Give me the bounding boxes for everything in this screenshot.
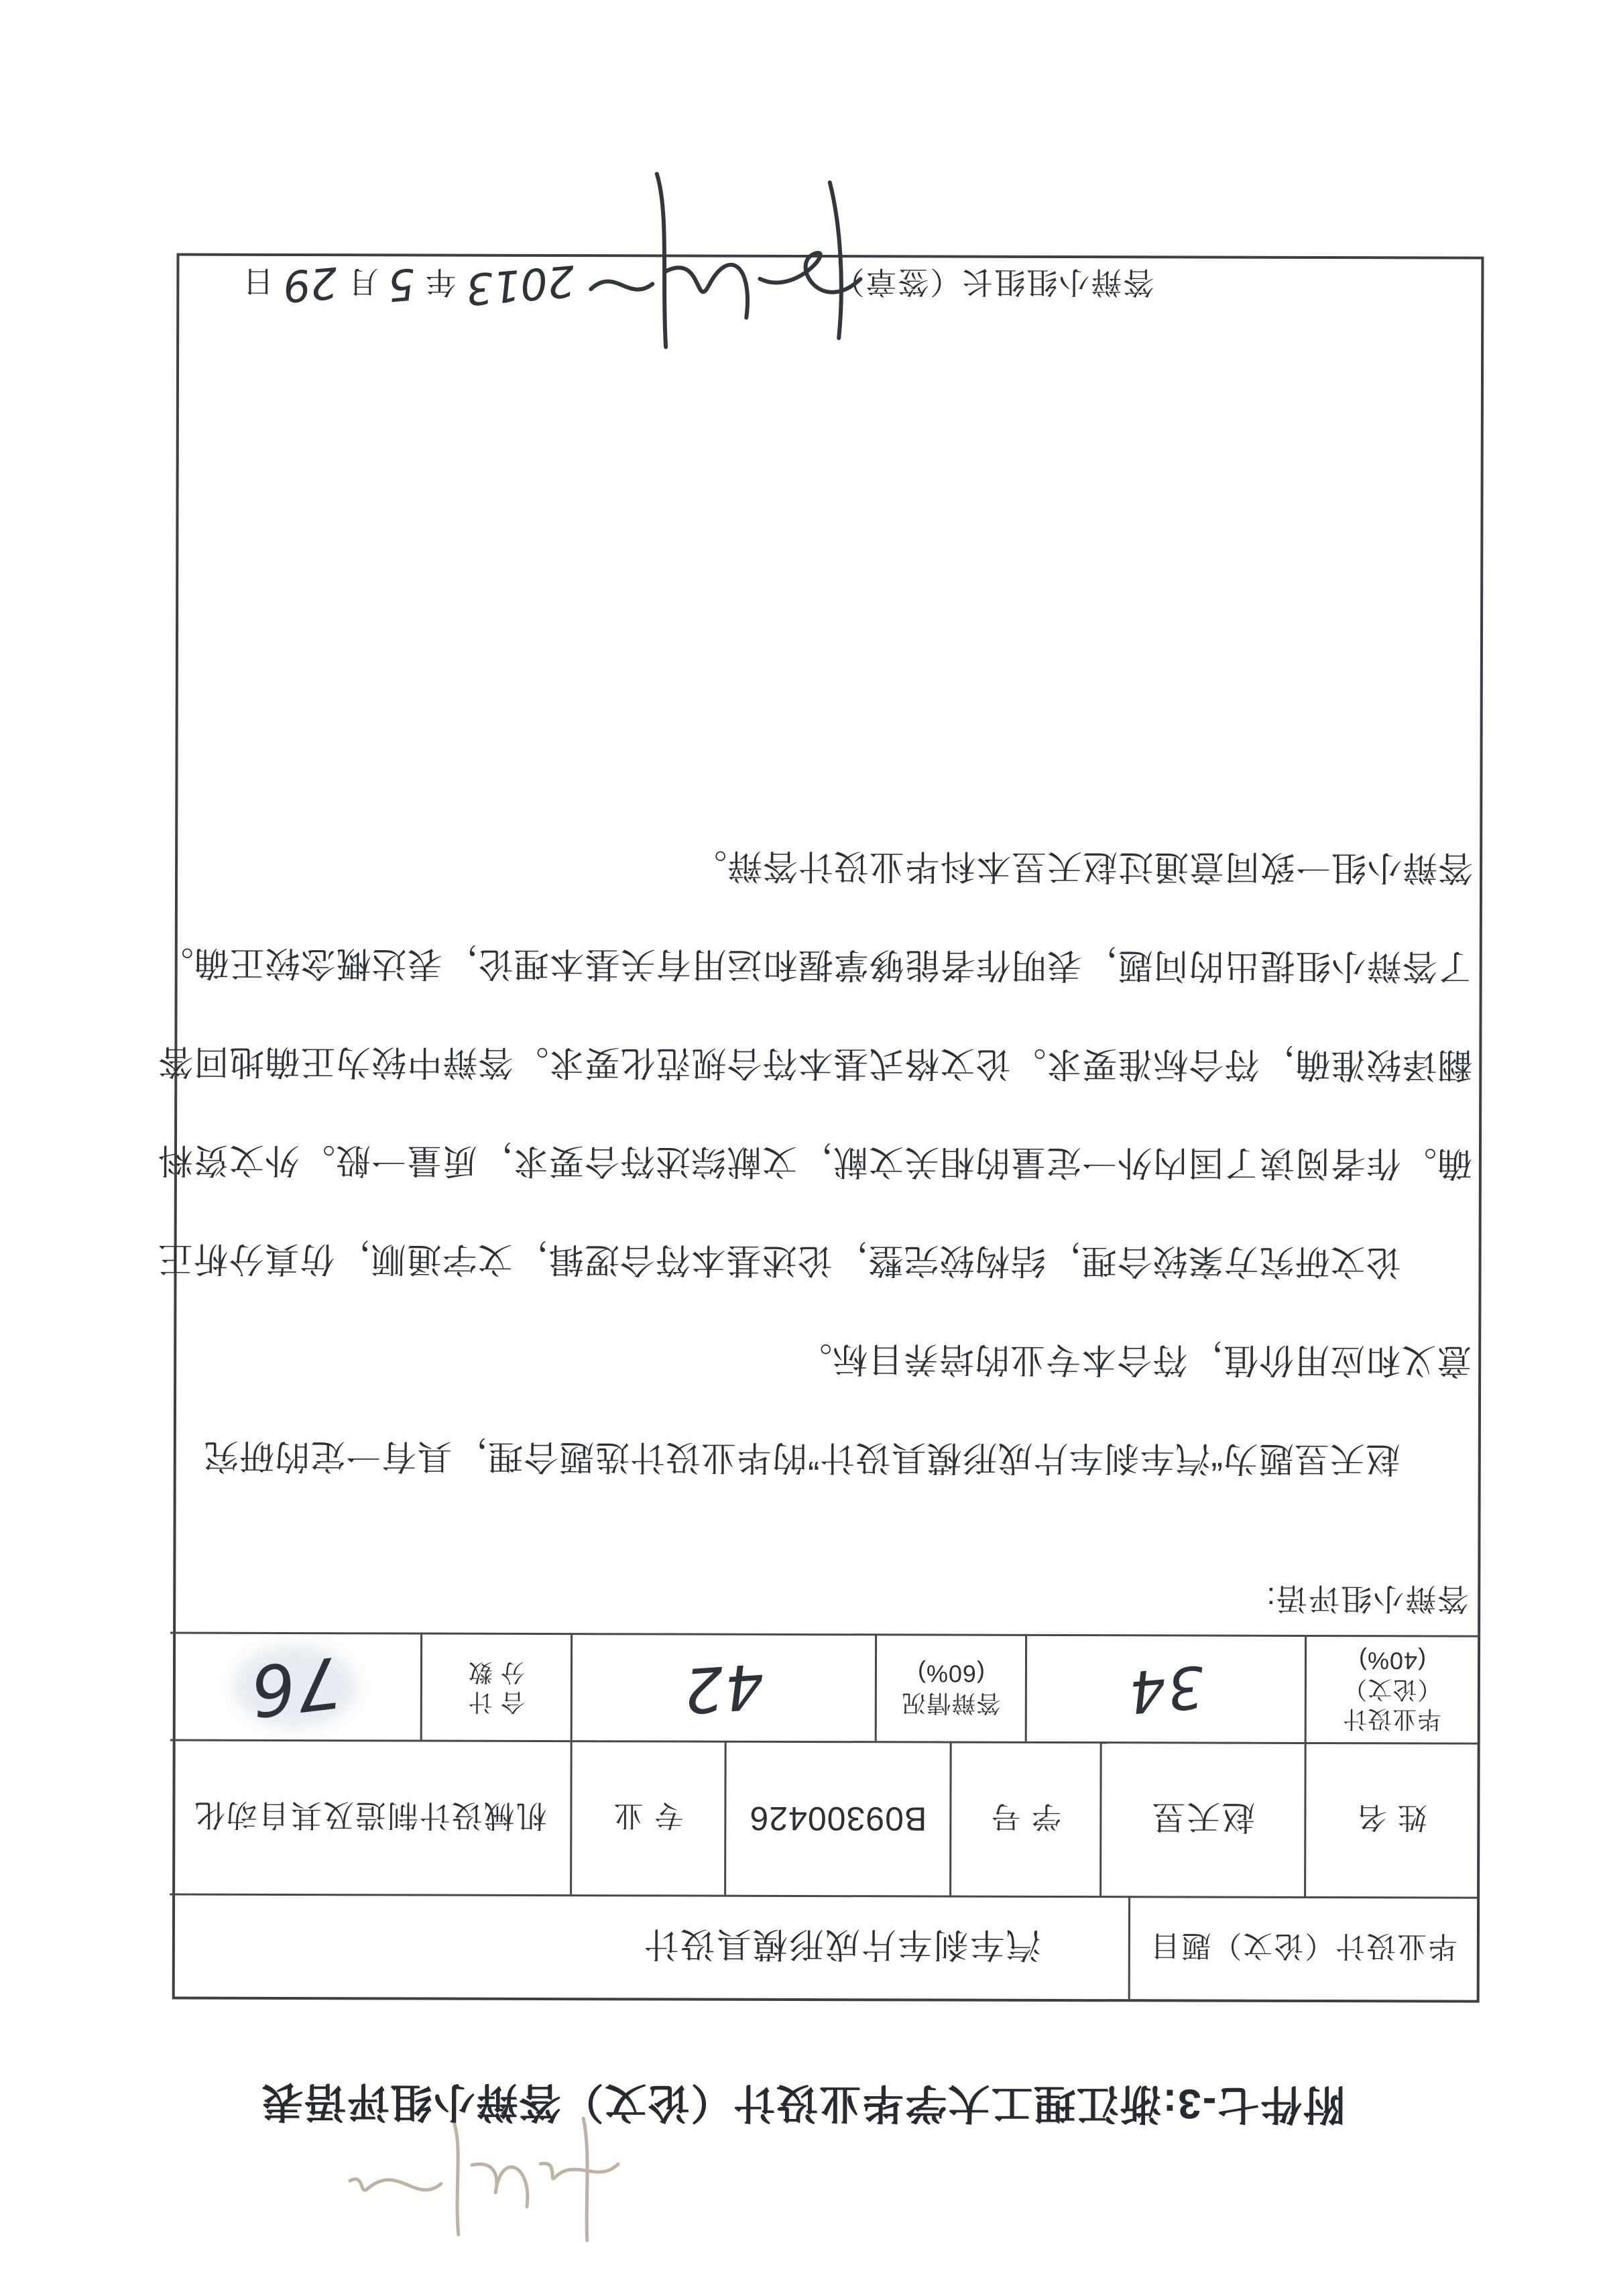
thesis-score-value-cell: 34	[1025, 1634, 1305, 1742]
year-label: 年	[424, 262, 456, 306]
major-value: 机械设计制造及其自动化	[170, 1739, 571, 1895]
comment-line-6: 了答辩小组提出的问题，表明作者能够掌握和运用有关基本理论，表达概念较正确。	[175, 941, 1473, 995]
thesis-score-label-cell: 毕业设计 （论文） (40%)	[1305, 1635, 1478, 1743]
name-label-cell: 姓 名	[1304, 1742, 1478, 1897]
thesis-score-label-line1: 毕业设计	[1342, 1707, 1441, 1732]
defense-score-label-line1: 答辩情况	[901, 1690, 1000, 1716]
day-label: 日	[242, 262, 274, 306]
handwritten-defense-score: 42	[680, 1650, 766, 1727]
comment-heading: 答辩小组评语:	[1265, 1578, 1468, 1623]
thesis-title-label-cell: 毕业设计（论文）题目	[1128, 1896, 1477, 2000]
total-score-label-cell: 合 计 分 数	[420, 1633, 571, 1741]
upside-down-scan-wrapper: 附件七-3:浙江理工大学毕业设计（论文）答辩小组评语表 毕业设计（论文）题目 汽…	[0, 0, 1609, 2296]
handwritten-total-score: 76	[245, 1641, 345, 1733]
comment-line-3: 论文研究方案较合理，结构较完整，论述基本符合逻辑，文字通顺，仿真分析正	[103, 1237, 1472, 1290]
defense-score-label-line2: (60%)	[901, 1661, 1000, 1686]
handwritten-day: 29	[281, 257, 339, 311]
thesis-score-label-line3: (40%)	[1342, 1648, 1441, 1673]
month-label: 月	[347, 262, 379, 306]
evaluation-form-table: 毕业设计（论文）题目 汽车刹车片成形模具设计 姓 名 赵天昱 学 号 B0930…	[172, 253, 1484, 2003]
thesis-score-label-line2: （论文）	[1342, 1677, 1441, 1703]
defense-date: 2013 年 5 月 29 日	[242, 259, 575, 309]
document-title: 附件七-3:浙江理工大学毕业设计（论文）答辩小组评语表	[260, 2075, 1345, 2138]
total-score-label-line2: 分 数	[468, 1660, 525, 1685]
thesis-title-value-cell: 汽车刹车片成形模具设计	[170, 1894, 1128, 2000]
comment-line-2: 意义和应用价值，符合本专业的培养目标。	[174, 1336, 1472, 1389]
handwritten-year: 2013	[464, 255, 577, 314]
handwritten-thesis-score: 34	[1125, 1652, 1206, 1725]
chairman-signature-scribble	[583, 170, 878, 365]
defense-score-value-cell: 42	[571, 1633, 875, 1741]
major-label-cell: 专 业	[570, 1740, 725, 1895]
chairman-signature-label: 答辩小组组长（签章）	[832, 262, 1154, 306]
committee-comment-cell: 答辩小组评语: 赵天昱题为“汽车刹车片成形模具设计”的毕业设计选题合理，具有一定…	[170, 251, 1481, 1635]
comment-line-1: 赵天昱题为“汽车刹车片成形模具设计”的毕业设计选题合理，具有一定的研究	[103, 1434, 1472, 1487]
student-id-label-cell: 学 号	[949, 1741, 1100, 1896]
comment-line-5: 翻译较准确，符合标准要求。论文格式基本符合规范化要求。答辩中较为正确地回答	[174, 1040, 1472, 1094]
total-score-value-cell: 76	[170, 1632, 420, 1740]
comment-line-4: 确。作者阅读了国内外一定量的相关文献，文献综述符合要求，质量一般。外文资料	[174, 1139, 1472, 1192]
handwritten-month: 5	[386, 258, 418, 310]
comment-line-7: 答辩小组一致同意通过赵天昱本科毕业设计答辩。	[175, 843, 1473, 897]
defense-score-label-cell: 答辩情况 (60%)	[875, 1633, 1025, 1741]
student-id-value: B09300426	[724, 1741, 950, 1896]
scanned-document-page: 附件七-3:浙江理工大学毕业设计（论文）答辩小组评语表 毕业设计（论文）题目 汽…	[0, 0, 1609, 2296]
total-score-label-line1: 合 计	[468, 1689, 525, 1715]
student-name-value: 赵天昱	[1099, 1741, 1305, 1896]
signature-row: 答辩小组组长（签章） 2013 年 5	[174, 249, 1481, 327]
